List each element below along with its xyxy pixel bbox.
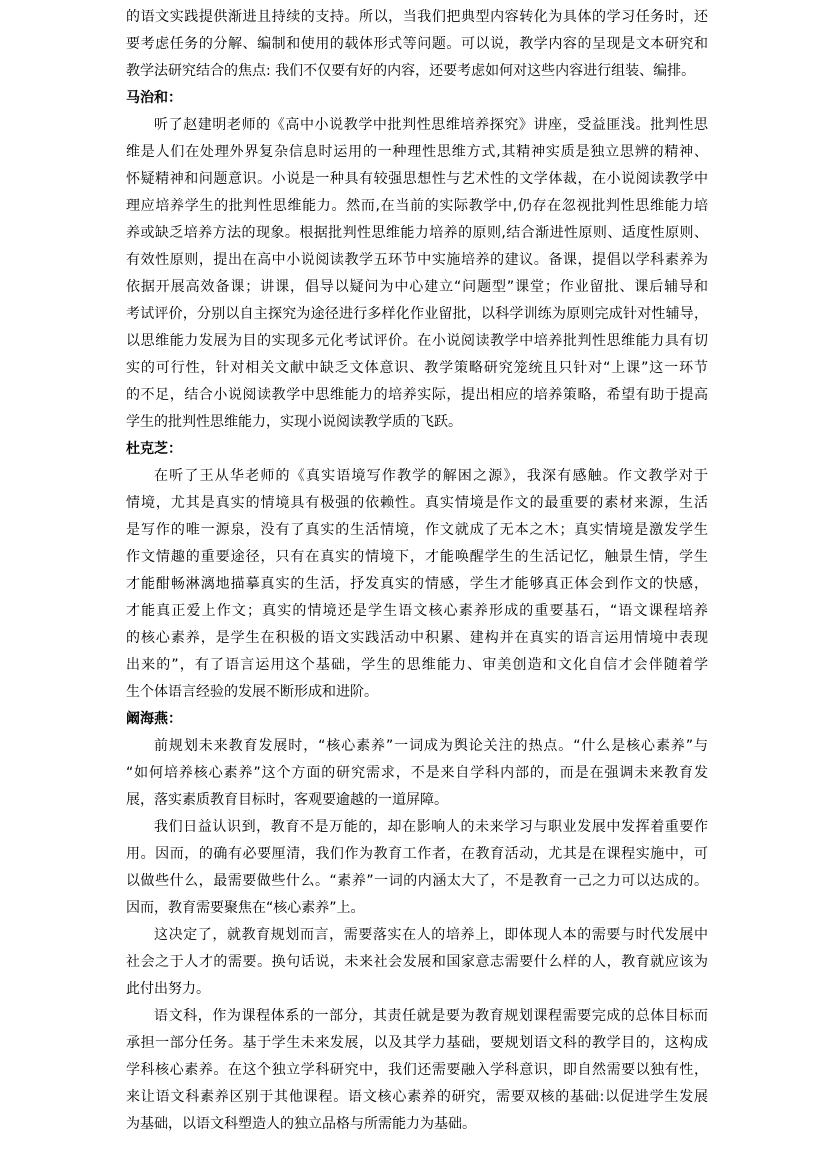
text-line: 在听了王从华老师的《真实语境写作教学的解困之源》，我深有感触。作文教学对于: [126, 463, 708, 490]
text-line: 以思维能力发展为目的实现多元化考试评价。在小说阅读教学中培养批判性思维能力具有切: [126, 328, 708, 355]
text-line: 有效性原则，提出在高中小说阅读教学五环节中实施培养的建议。备课，提倡以学科素养为: [126, 247, 708, 274]
paragraph-kan-4: 语文科，作为课程体系的一部分，其责任就是要为教育规划课程需要完成的总体目标而 承…: [126, 1003, 708, 1138]
text-line: 依据开展高效备课；讲课，倡导以疑问为中心建立“问题型”课堂；作业留批、课后辅导和: [126, 274, 708, 301]
paragraph-kan-2: 我们日益认识到，教育不是万能的，却在影响人的未来学习与职业发展中发挥着重要作 用…: [126, 814, 708, 922]
text-line: 因而，教育需要聚焦在“核心素养”上。: [126, 895, 708, 922]
text-line: 听了赵建明老师的《高中小说教学中批判性思维培养探究》讲座，受益匪浅。批判性思: [126, 112, 708, 139]
text-line: 的语文实践提供渐进且持续的支持。所以，当我们把典型内容转化为具体的学习任务时，还: [126, 4, 708, 31]
text-line: 学科核心素养。在这个独立学科研究中，我们还需要融入学科意识，即自然需要以独有性，: [126, 1057, 708, 1084]
text-line: 学生的批判性思维能力，实现小说阅读教学质的飞跃。: [126, 409, 708, 436]
text-line: 社会之于人才的需要。换句话说，未来社会发展和国家意志需要什么样的人，教育就应该为: [126, 949, 708, 976]
text-line: 作文情趣的重要途径，只有在真实的情境下，才能唤醒学生的生活记忆，触景生情，学生: [126, 544, 708, 571]
text-line: 前规划未来教育发展时，“核心素养”一词成为舆论关注的热点。“什么是核心素养”与: [126, 733, 708, 760]
text-line: 来让语文科素养区别于其他课程。语文核心素养的研究，需要双核的基础:以促进学生发展: [126, 1084, 708, 1111]
text-line: 才能真正爱上作文；真实的情境还是学生语文核心素养形成的重要基石，“语文课程培养: [126, 598, 708, 625]
text-line: 语文科，作为课程体系的一部分，其责任就是要为教育规划课程需要完成的总体目标而: [126, 1003, 708, 1030]
text-line: 才能酣畅淋漓地描摹真实的生活，抒发真实的情感，学生才能够真正体会到作文的快感，: [126, 571, 708, 598]
text-line: 此付出努力。: [126, 976, 708, 1003]
paragraph-du: 在听了王从华老师的《真实语境写作教学的解困之源》，我深有感触。作文教学对于 情境…: [126, 463, 708, 706]
text-line: 考试评价，分别以自主探究为途径进行多样化作业留批，以科学训练为原则完成针对性辅导…: [126, 301, 708, 328]
paragraph-ma: 听了赵建明老师的《高中小说教学中批判性思维培养探究》讲座，受益匪浅。批判性思 维…: [126, 112, 708, 436]
paragraph-kan-1: 前规划未来教育发展时，“核心素养”一词成为舆论关注的热点。“什么是核心素养”与 …: [126, 733, 708, 814]
text-line: 为基础，以语文科塑造人的独立品格与所需能力为基础。: [126, 1111, 708, 1138]
text-line: 我们日益认识到，教育不是万能的，却在影响人的未来学习与职业发展中发挥着重要作: [126, 814, 708, 841]
text-line: 实的可行性，针对相关文献中缺乏文体意识、教学策略研究笼统且只针对“上课”这一环节: [126, 355, 708, 382]
text-line: 的不足，结合小说阅读教学中思维能力的培养实际，提出相应的培养策略，希望有助于提高: [126, 382, 708, 409]
text-line: 是写作的唯一源泉，没有了真实的生活情境，作文就成了无本之木；真实情境是激发学生: [126, 517, 708, 544]
paragraph-intro: 的语文实践提供渐进且持续的支持。所以，当我们把典型内容转化为具体的学习任务时，还…: [126, 4, 708, 85]
speaker-heading-du: 杜克芝：: [126, 436, 708, 463]
text-line: 情境，尤其是真实的情境具有极强的依赖性。真实情境是作文的最重要的素材来源，生活: [126, 490, 708, 517]
text-line: 承担一部分任务。基于学生未来发展，以及其学力基础，要规划语文科的教学目的，这构成: [126, 1030, 708, 1057]
text-line: 出来的”，有了语言运用这个基础，学生的思维能力、审美创造和文化自信才会伴随着学: [126, 652, 708, 679]
text-line: 展，落实素质教育目标时，客观要逾越的一道屏障。: [126, 787, 708, 814]
text-line: 要考虑任务的分解、编制和使用的载体形式等问题。可以说，教学内容的呈现是文本研究和: [126, 31, 708, 58]
text-line: 以做些什么，最需要做些什么。“素养”一词的内涵太大了，不是教育一己之力可以达成的…: [126, 868, 708, 895]
text-line: 理应培养学生的批判性思维能力。然而,在当前的实际教学中,仍存在忽视批判性思维能力…: [126, 193, 708, 220]
paragraph-kan-3: 这决定了，就教育规划而言，需要落实在人的培养上，即体现人本的需要与时代发展中 社…: [126, 922, 708, 1003]
text-line: 教学法研究结合的焦点: 我们不仅要有好的内容，还要考虑如何对这些内容进行组装、编…: [126, 58, 708, 85]
text-line: 这决定了，就教育规划而言，需要落实在人的培养上，即体现人本的需要与时代发展中: [126, 922, 708, 949]
speaker-heading-kan: 阚海燕：: [126, 706, 708, 733]
text-line: 维是人们在处理外界复杂信息时运用的一种理性思维方式,其精神实质是独立思辨的精神、: [126, 139, 708, 166]
text-line: 怀疑精神和问题意识。小说是一种具有较强思想性与艺术性的文学体裁，在小说阅读教学中: [126, 166, 708, 193]
speaker-heading-ma: 马治和：: [126, 85, 708, 112]
text-line: 生个体语言经验的发展不断形成和进阶。: [126, 679, 708, 706]
text-line: 用。因而，的确有必要厘清，我们作为教育工作者，在教育活动，尤其是在课程实施中，可: [126, 841, 708, 868]
text-line: “如何培养核心素养”这个方面的研究需求，不是来自学科内部的，而是在强调未来教育发: [126, 760, 708, 787]
text-line: 的核心素养，是学生在积极的语文实践活动中积累、建构并在真实的语言运用情境中表现: [126, 625, 708, 652]
document-page: 的语文实践提供渐进且持续的支持。所以，当我们把典型内容转化为具体的学习任务时，还…: [126, 4, 708, 1138]
text-line: 养或缺乏培养方法的现象。根据批判性思维能力培养的原则,结合渐进性原则、适度性原则…: [126, 220, 708, 247]
